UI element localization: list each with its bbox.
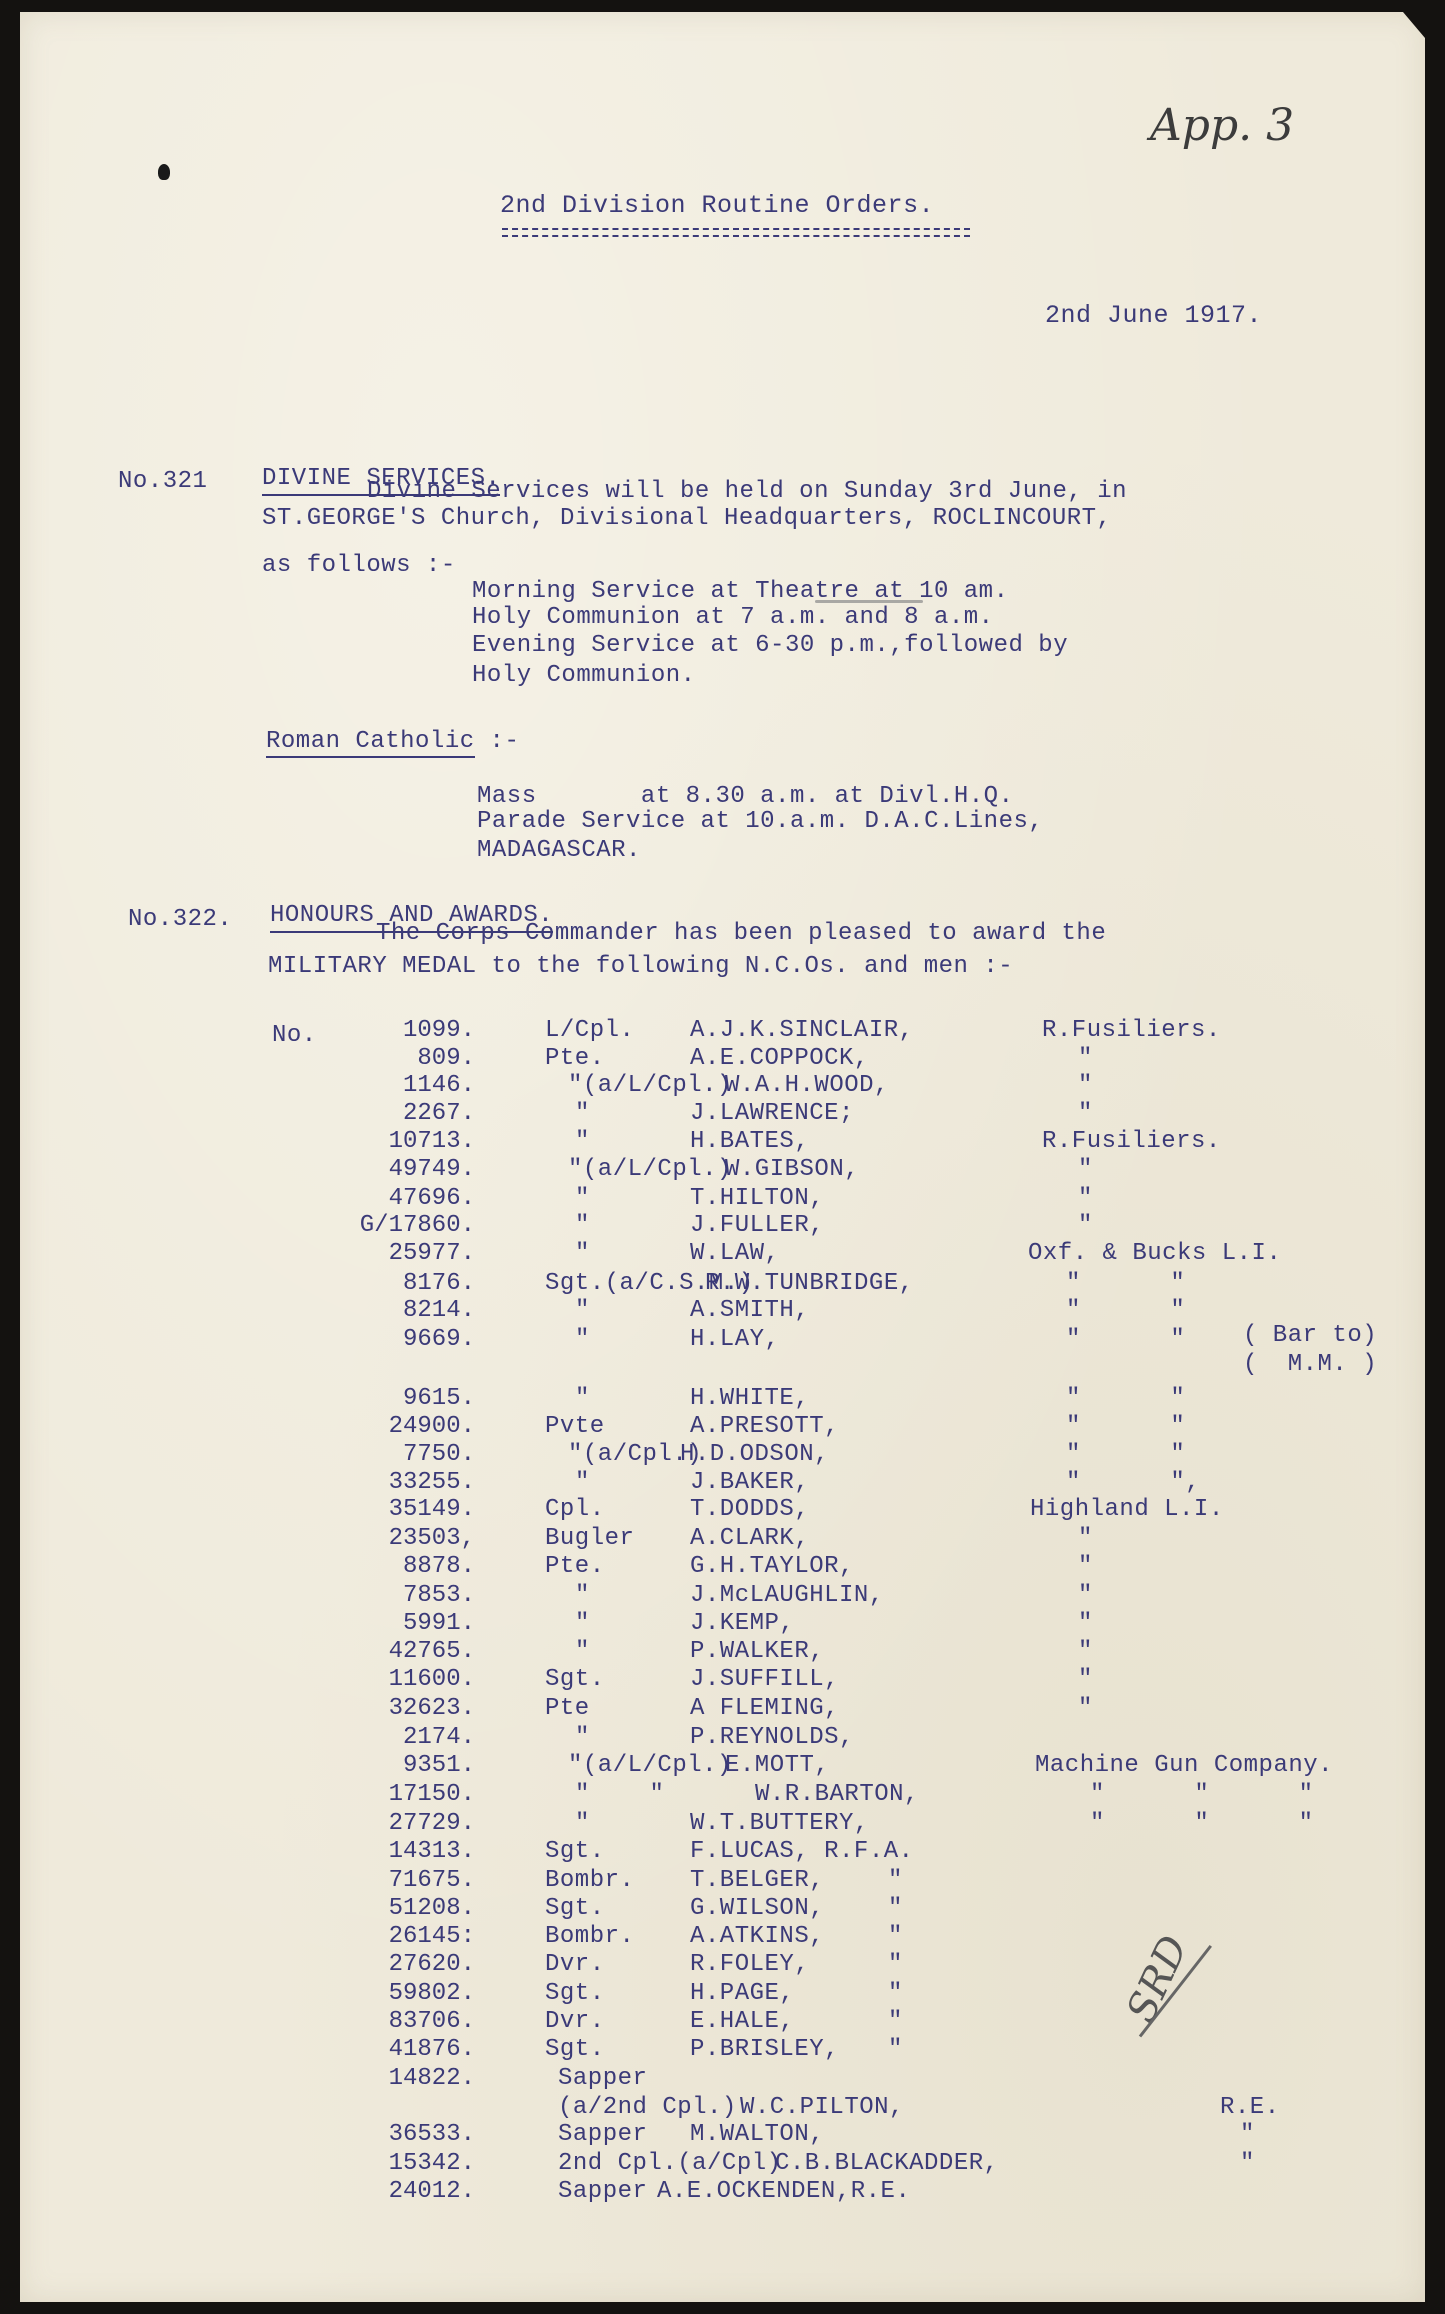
- rank: Sgt.: [545, 1666, 605, 1694]
- recipient-name: J.FULLER,: [690, 1212, 824, 1240]
- unit: " ": [1066, 1270, 1185, 1298]
- recipient-name: A.SMITH,: [690, 1297, 809, 1325]
- rank: Bugler: [545, 1525, 634, 1553]
- rank: ": [575, 1297, 590, 1325]
- service-number: 17150.: [275, 1781, 475, 1809]
- service-number: 33255.: [275, 1469, 475, 1497]
- unit: ": [1240, 2150, 1255, 2178]
- unit: ": [888, 2036, 903, 2064]
- recipient-name: T.BELGER,: [690, 1867, 824, 1895]
- rank: Sapper: [558, 2178, 647, 2206]
- rank: ": [575, 1100, 590, 1128]
- rank: "(a/L/Cpl.): [568, 1072, 732, 1100]
- order-322-intro-2: MILITARY MEDAL to the following N.C.Os. …: [268, 953, 1013, 981]
- service-number: 35149.: [275, 1496, 475, 1524]
- pencil-underline: [815, 600, 923, 603]
- unit: ": [1078, 1045, 1093, 1073]
- service-number: 41876.: [275, 2036, 475, 2064]
- order-322-intro-1: The Corps Commander has been pleased to …: [376, 920, 1106, 948]
- recipient-name: W.T.BUTTERY,: [690, 1810, 869, 1838]
- rank: Sgt.: [545, 1895, 605, 1923]
- unit: ": [1078, 1638, 1093, 1666]
- rank: Pte.: [545, 1553, 605, 1581]
- folded-corner: [1403, 12, 1425, 38]
- unit: ": [888, 1923, 903, 1951]
- service-number: 25977.: [275, 1240, 475, 1268]
- unit: ": [1078, 1695, 1093, 1723]
- rank: Pte: [545, 1695, 590, 1723]
- rank: Dvr.: [545, 1951, 605, 1979]
- service-number: 9615.: [275, 1385, 475, 1413]
- unit: R.Fusiliers.: [1042, 1017, 1221, 1045]
- service-number: 32623.: [275, 1695, 475, 1723]
- service-number: 2174.: [275, 1724, 475, 1752]
- recipient-name: A.E.OCKENDEN,R.E.: [657, 2178, 910, 2206]
- rank: ": [575, 1326, 590, 1354]
- recipient-name: T.DODDS,: [690, 1496, 809, 1524]
- service-number: 27620.: [275, 1951, 475, 1979]
- unit: Oxf. & Bucks L.I.: [1028, 1240, 1281, 1268]
- rank: ": [575, 1185, 590, 1213]
- rank: Pvte: [545, 1413, 605, 1441]
- recipient-name: P.REYNOLDS,: [690, 1724, 854, 1752]
- rank: ": [575, 1810, 590, 1838]
- rank: Sapper: [558, 2065, 647, 2093]
- punch-hole-mark: [158, 164, 170, 180]
- rc-heading-suffix: :-: [475, 728, 520, 755]
- recipient-name: M.WALTON,: [690, 2121, 824, 2149]
- unit: " ": [1066, 1413, 1185, 1441]
- service-number: 24900.: [275, 1413, 475, 1441]
- unit: ": [888, 1895, 903, 1923]
- recipient-name: W.C.PILTON,: [740, 2094, 904, 2122]
- recipient-name: A.CLARK,: [690, 1525, 809, 1553]
- service-number: 7853.: [275, 1582, 475, 1610]
- bar-to-note-line1: ( Bar to): [1243, 1322, 1377, 1350]
- rank: ": [575, 1582, 590, 1610]
- rank: "(a/L/Cpl.): [568, 1752, 732, 1780]
- unit: ": [1078, 1582, 1093, 1610]
- service-number: 809.: [275, 1045, 475, 1073]
- unit: ": [1078, 1185, 1093, 1213]
- service-number: 49749.: [275, 1156, 475, 1184]
- recipient-name: H.PAGE,: [690, 1980, 794, 2008]
- recipient-name: A.PRESOTT,: [690, 1413, 839, 1441]
- unit: R.E.: [1220, 2094, 1280, 2122]
- recipient-name: F.LUCAS, R.F.A.: [690, 1838, 914, 1866]
- service-line-3: Evening Service at 6-30 p.m.,followed by: [472, 632, 1068, 660]
- service-number: 11600.: [275, 1666, 475, 1694]
- service-number: 10713.: [275, 1128, 475, 1156]
- service-line-4: Holy Communion.: [472, 662, 696, 690]
- recipient-name: J.BAKER,: [690, 1469, 809, 1497]
- recipient-name: J.McLAUGHLIN,: [690, 1582, 884, 1610]
- recipient-name: A.J.K.SINCLAIR,: [690, 1017, 914, 1045]
- unit: ": [1240, 2121, 1255, 2149]
- rank: ": [575, 1385, 590, 1413]
- recipient-name: C.B.BLACKADDER,: [775, 2150, 999, 2178]
- rank: Sgt.: [545, 2036, 605, 2064]
- recipient-name: W.LAW,: [690, 1240, 779, 1268]
- service-number: 9351.: [275, 1752, 475, 1780]
- service-number: 8176.: [275, 1270, 475, 1298]
- unit: " " ": [1090, 1781, 1314, 1809]
- service-number: 27729.: [275, 1810, 475, 1838]
- rank: Sgt.: [545, 1980, 605, 2008]
- service-number: 8214.: [275, 1297, 475, 1325]
- unit: ": [888, 2008, 903, 2036]
- recipient-name: W.R.BARTON,: [755, 1781, 919, 1809]
- recipient-name: W.GIBSON,: [725, 1156, 859, 1184]
- service-number: 2267.: [275, 1100, 475, 1128]
- rank: "(a/L/Cpl.): [568, 1156, 732, 1184]
- recipient-name: G.H.TAYLOR,: [690, 1553, 854, 1581]
- recipient-name: H.D.ODSON,: [680, 1441, 829, 1469]
- unit: Highland L.I.: [1030, 1496, 1224, 1524]
- rank: ": [575, 1724, 590, 1752]
- unit: ": [1078, 1553, 1093, 1581]
- rc-heading-wrap: Roman Catholic :-: [266, 728, 519, 756]
- rc-service-1: Mass at 8.30 a.m. at Divl.H.Q.: [477, 783, 1013, 811]
- service-number: 42765.: [275, 1638, 475, 1666]
- unit: ": [888, 1951, 903, 1979]
- service-number: 83706.: [275, 2008, 475, 2036]
- unit: ": [1078, 1100, 1093, 1128]
- bar-to-note-line2: ( M.M. ): [1243, 1351, 1377, 1379]
- recipient-name: R.FOLEY,: [690, 1951, 809, 1979]
- unit: R.Fusiliers.: [1042, 1128, 1221, 1156]
- unit: ": [888, 1867, 903, 1895]
- recipient-name: A.ATKINS,: [690, 1923, 824, 1951]
- recipient-name: E.HALE,: [690, 2008, 794, 2036]
- rank: 2nd Cpl.(a/Cpl): [558, 2150, 782, 2178]
- recipient-name: J.KEMP,: [690, 1610, 794, 1638]
- order-321-intro-2: ST.GEORGE'S Church, Divisional Headquart…: [262, 505, 1111, 533]
- service-number: 5991.: [275, 1610, 475, 1638]
- recipient-name: H.LAY,: [690, 1326, 779, 1354]
- service-line-2: Holy Communion at 7 a.m. and 8 a.m.: [472, 604, 994, 632]
- page-title: 2nd Division Routine Orders.: [500, 192, 934, 220]
- rank: ": [575, 1212, 590, 1240]
- rank: Pte.: [545, 1045, 605, 1073]
- recipient-name: H.WHITE,: [690, 1385, 809, 1413]
- recipient-name: A.E.COPPOCK,: [690, 1045, 869, 1073]
- service-number: 1146.: [275, 1072, 475, 1100]
- recipient-name: J.LAWRENCE;: [690, 1100, 854, 1128]
- rank: L/Cpl.: [545, 1017, 634, 1045]
- service-number: 1099.: [275, 1017, 475, 1045]
- rank: (a/2nd Cpl.): [558, 2094, 737, 2122]
- unit: " ": [1066, 1326, 1185, 1354]
- rank: ": [575, 1240, 590, 1268]
- order-321-intro-1: Divine Services will be held on Sunday 3…: [367, 478, 1127, 506]
- rank: ": [575, 1469, 590, 1497]
- recipient-name: E.MOTT,: [725, 1752, 829, 1780]
- service-number: 9669.: [275, 1326, 475, 1354]
- recipient-name: P.BRISLEY,: [690, 2036, 839, 2064]
- document-date: 2nd June 1917.: [1045, 302, 1262, 330]
- unit: " ": [1066, 1441, 1185, 1469]
- rank: Sapper: [558, 2121, 647, 2149]
- rank: ": [575, 1638, 590, 1666]
- rank: Bombr.: [545, 1867, 634, 1895]
- recipient-name: R.W.TUNBRIDGE,: [705, 1270, 914, 1298]
- service-number: 14822.: [275, 2065, 475, 2093]
- service-number: 15342.: [275, 2150, 475, 2178]
- service-line-1: Morning Service at Theatre at 10 am.: [472, 578, 1008, 606]
- service-number: 36533.: [275, 2121, 475, 2149]
- unit: " ": [1066, 1385, 1185, 1413]
- unit: ": [888, 1980, 903, 2008]
- order-321-intro-3: as follows :-: [262, 552, 456, 580]
- recipient-name: P.WALKER,: [690, 1638, 824, 1666]
- rank: Dvr.: [545, 2008, 605, 2036]
- service-number: 47696.: [275, 1185, 475, 1213]
- service-number: 24012.: [275, 2178, 475, 2206]
- recipient-name: G.WILSON,: [690, 1895, 824, 1923]
- recipient-name: J.SUFFILL,: [690, 1666, 839, 1694]
- rc-service-2: Parade Service at 10.a.m. D.A.C.Lines,: [477, 808, 1043, 836]
- title-underline-top: [502, 228, 970, 230]
- recipient-name: W.A.H.WOOD,: [725, 1072, 889, 1100]
- rank: Cpl.: [545, 1496, 605, 1524]
- service-number: 14313.: [275, 1838, 475, 1866]
- unit: ": [1078, 1525, 1093, 1553]
- unit: " ": [1066, 1297, 1185, 1325]
- title-underline-bottom: [502, 235, 970, 237]
- service-number: G/17860.: [275, 1212, 475, 1240]
- rank: Sgt.: [545, 1838, 605, 1866]
- service-number: 51208.: [275, 1895, 475, 1923]
- rc-heading: Roman Catholic: [266, 728, 475, 758]
- recipient-name: H.BATES,: [690, 1128, 809, 1156]
- recipient-name: T.HILTON,: [690, 1185, 824, 1213]
- unit: ": [1078, 1212, 1093, 1240]
- order-322-number: No.322.: [128, 906, 232, 934]
- service-number: 7750.: [275, 1441, 475, 1469]
- service-number: 71675.: [275, 1867, 475, 1895]
- order-321-number: No.321: [118, 468, 207, 496]
- service-number: 8878.: [275, 1553, 475, 1581]
- service-number: 59802.: [275, 1980, 475, 2008]
- service-number: 23503,: [275, 1525, 475, 1553]
- unit: " ",: [1066, 1469, 1200, 1497]
- unit: Machine Gun Company.: [1035, 1752, 1333, 1780]
- unit: ": [1078, 1156, 1093, 1184]
- service-number: 26145:: [275, 1923, 475, 1951]
- recipient-name: A FLEMING,: [690, 1695, 839, 1723]
- unit: ": [1078, 1072, 1093, 1100]
- appendix-annotation: App. 3: [1150, 100, 1294, 151]
- rank: " ": [575, 1781, 664, 1809]
- unit: ": [1078, 1666, 1093, 1694]
- unit: " " ": [1090, 1810, 1314, 1838]
- rank: Bombr.: [545, 1923, 634, 1951]
- rank: ": [575, 1128, 590, 1156]
- unit: ": [1078, 1610, 1093, 1638]
- rank: ": [575, 1610, 590, 1638]
- rc-service-3: MADAGASCAR.: [477, 837, 641, 865]
